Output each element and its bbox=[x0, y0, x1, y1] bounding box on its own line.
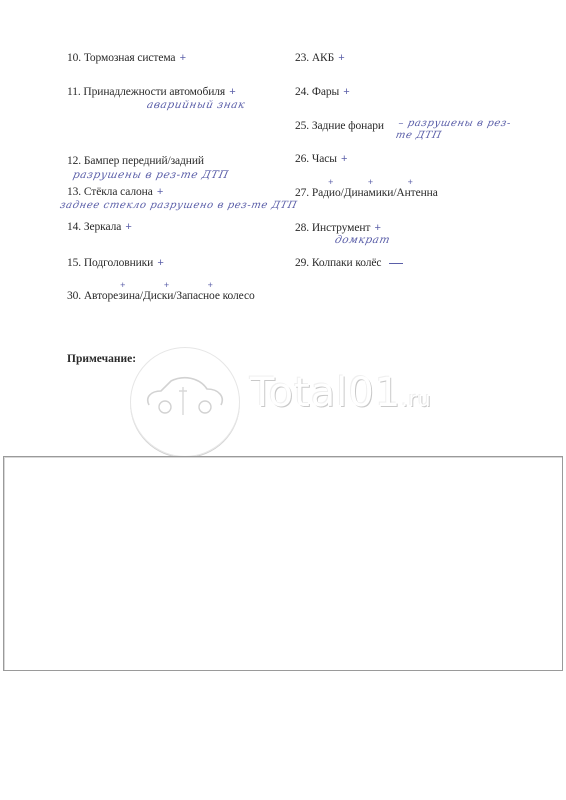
note-label: Примечание: bbox=[67, 353, 136, 365]
check-marks-item-27: + + + bbox=[328, 177, 429, 187]
item-label: 15. Подголовники bbox=[67, 257, 153, 269]
item-label: 24. Фары bbox=[295, 86, 339, 98]
item-24-headlights: 24. Фары+ bbox=[295, 86, 349, 98]
check-mark: + bbox=[157, 186, 163, 198]
item-12-bumper: 12. Бампер передний/задний bbox=[67, 155, 204, 167]
item-14-mirrors: 14. Зеркала+ bbox=[67, 221, 132, 233]
item-label: 27. Радио/Динамики/Антенна bbox=[295, 187, 438, 199]
handwritten-note-item-11: аварийный знак bbox=[146, 99, 247, 111]
item-label: 28. Инструмент bbox=[295, 222, 370, 234]
check-mark: + bbox=[341, 153, 347, 165]
item-10-brakes: 10. Тормозная система+ bbox=[67, 52, 186, 64]
check-mark: + bbox=[179, 52, 185, 64]
car-logo-icon bbox=[143, 375, 227, 419]
watermark-brand: Total01 bbox=[250, 370, 401, 416]
check-marks-item-30: + + + bbox=[120, 280, 231, 290]
item-27-radio: 27. Радио/Динамики/Антенна bbox=[295, 187, 438, 199]
handwritten-note-item-12: разрушены в рез-те ДТП bbox=[72, 169, 230, 181]
item-15-headrests: 15. Подголовники+ bbox=[67, 257, 164, 269]
item-11-accessories: 11. Принадлежности автомобиля+ bbox=[67, 86, 235, 98]
note-box bbox=[3, 456, 563, 671]
check-mark: + bbox=[125, 221, 131, 233]
item-26-clock: 26. Часы+ bbox=[295, 153, 347, 165]
item-label: 14. Зеркала bbox=[67, 221, 121, 233]
item-label: 11. Принадлежности автомобиля bbox=[67, 86, 225, 98]
item-label: 10. Тормозная система bbox=[67, 52, 175, 64]
item-label: 30. Авторезина/Диски/Запасное колесо bbox=[67, 290, 255, 302]
item-label: 29. Колпаки колёс bbox=[295, 257, 381, 269]
check-mark: + bbox=[343, 86, 349, 98]
item-30-tires: 30. Авторезина/Диски/Запасное колесо bbox=[67, 290, 255, 302]
item-29-hubcaps: 29. Колпаки колёс bbox=[295, 257, 403, 269]
item-label: 13. Стёкла салона bbox=[67, 186, 153, 198]
handwritten-note-item-25: – разрушены в рез-те ДТП bbox=[394, 118, 519, 142]
watermark-tld: .ru bbox=[401, 387, 431, 411]
handwritten-note-item-28: домкрат bbox=[334, 234, 392, 246]
check-mark: + bbox=[229, 86, 235, 98]
watermark-text: Total01.ru bbox=[250, 370, 432, 416]
watermark-circle bbox=[130, 347, 240, 457]
item-28-tools: 28. Инструмент+ bbox=[295, 222, 381, 234]
item-label: 25. Задние фонари bbox=[295, 120, 384, 132]
handwritten-note-item-13: заднее стекло разрушено в рез-те ДТП bbox=[59, 200, 298, 211]
item-label: 26. Часы bbox=[295, 153, 337, 165]
item-25-taillights: 25. Задние фонари bbox=[295, 120, 384, 132]
dash-mark bbox=[389, 263, 403, 264]
item-23-battery: 23. АКБ+ bbox=[295, 52, 344, 64]
check-mark: + bbox=[338, 52, 344, 64]
check-mark: + bbox=[374, 222, 380, 234]
item-label: 12. Бампер передний/задний bbox=[67, 155, 204, 167]
item-label: 23. АКБ bbox=[295, 52, 334, 64]
check-mark: + bbox=[157, 257, 163, 269]
item-13-windows: 13. Стёкла салона+ bbox=[67, 186, 163, 198]
